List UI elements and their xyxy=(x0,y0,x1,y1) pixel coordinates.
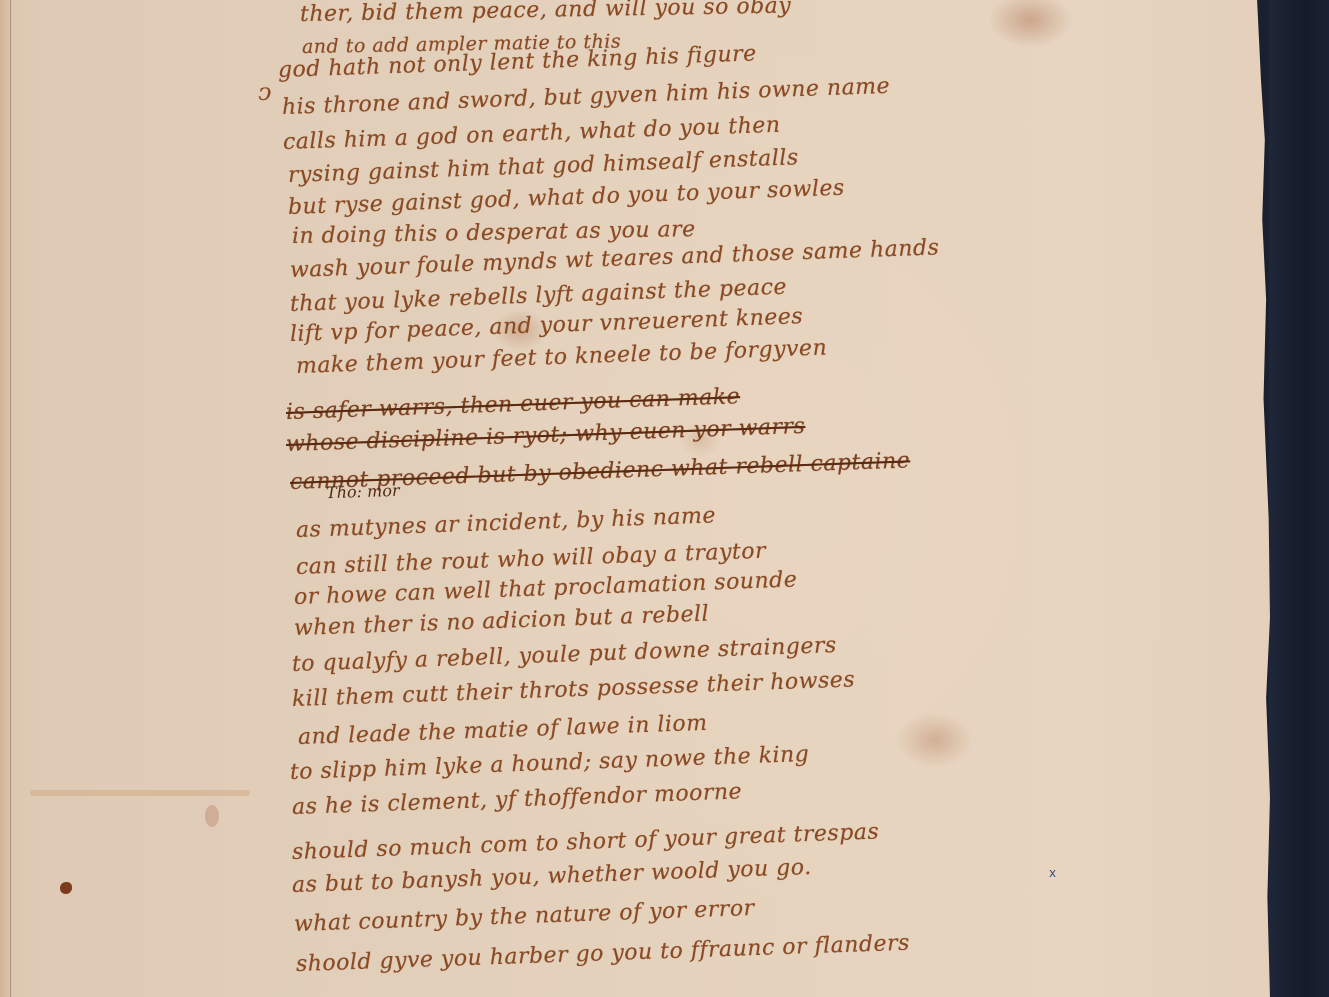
manuscript-line: shoold gyve you harber go you to ffraunc… xyxy=(296,931,911,977)
manuscript-line: in doing this o desperat as you are xyxy=(292,217,696,249)
text-block: ther, bid them peace, and will you so ob… xyxy=(0,0,1290,997)
manuscript-line: to slipp him lyke a hound; say nowe the … xyxy=(290,742,810,785)
dark-backing-board xyxy=(1269,0,1329,997)
manuscript-line: his throne and sword, but gyven him his … xyxy=(282,74,891,120)
manuscript-leaf: ↄ ther, bid them peace, and will you so … xyxy=(0,0,1288,997)
manuscript-line: and leade the matie of lawe in liom xyxy=(298,711,708,750)
interlinear-correction: Tho: mor xyxy=(326,481,400,503)
manuscript-line: what country by the nature of yor error xyxy=(294,896,755,937)
manuscript-line: as he is clement, yf thoffendor moorne xyxy=(292,779,743,820)
manuscript-viewer: ↄ ther, bid them peace, and will you so … xyxy=(0,0,1329,997)
manuscript-line: ther, bid them peace, and will you so ob… xyxy=(300,0,792,27)
marginal-x-mark: x xyxy=(1049,866,1056,880)
manuscript-line: as mutynes ar incident, by his name xyxy=(296,503,717,543)
